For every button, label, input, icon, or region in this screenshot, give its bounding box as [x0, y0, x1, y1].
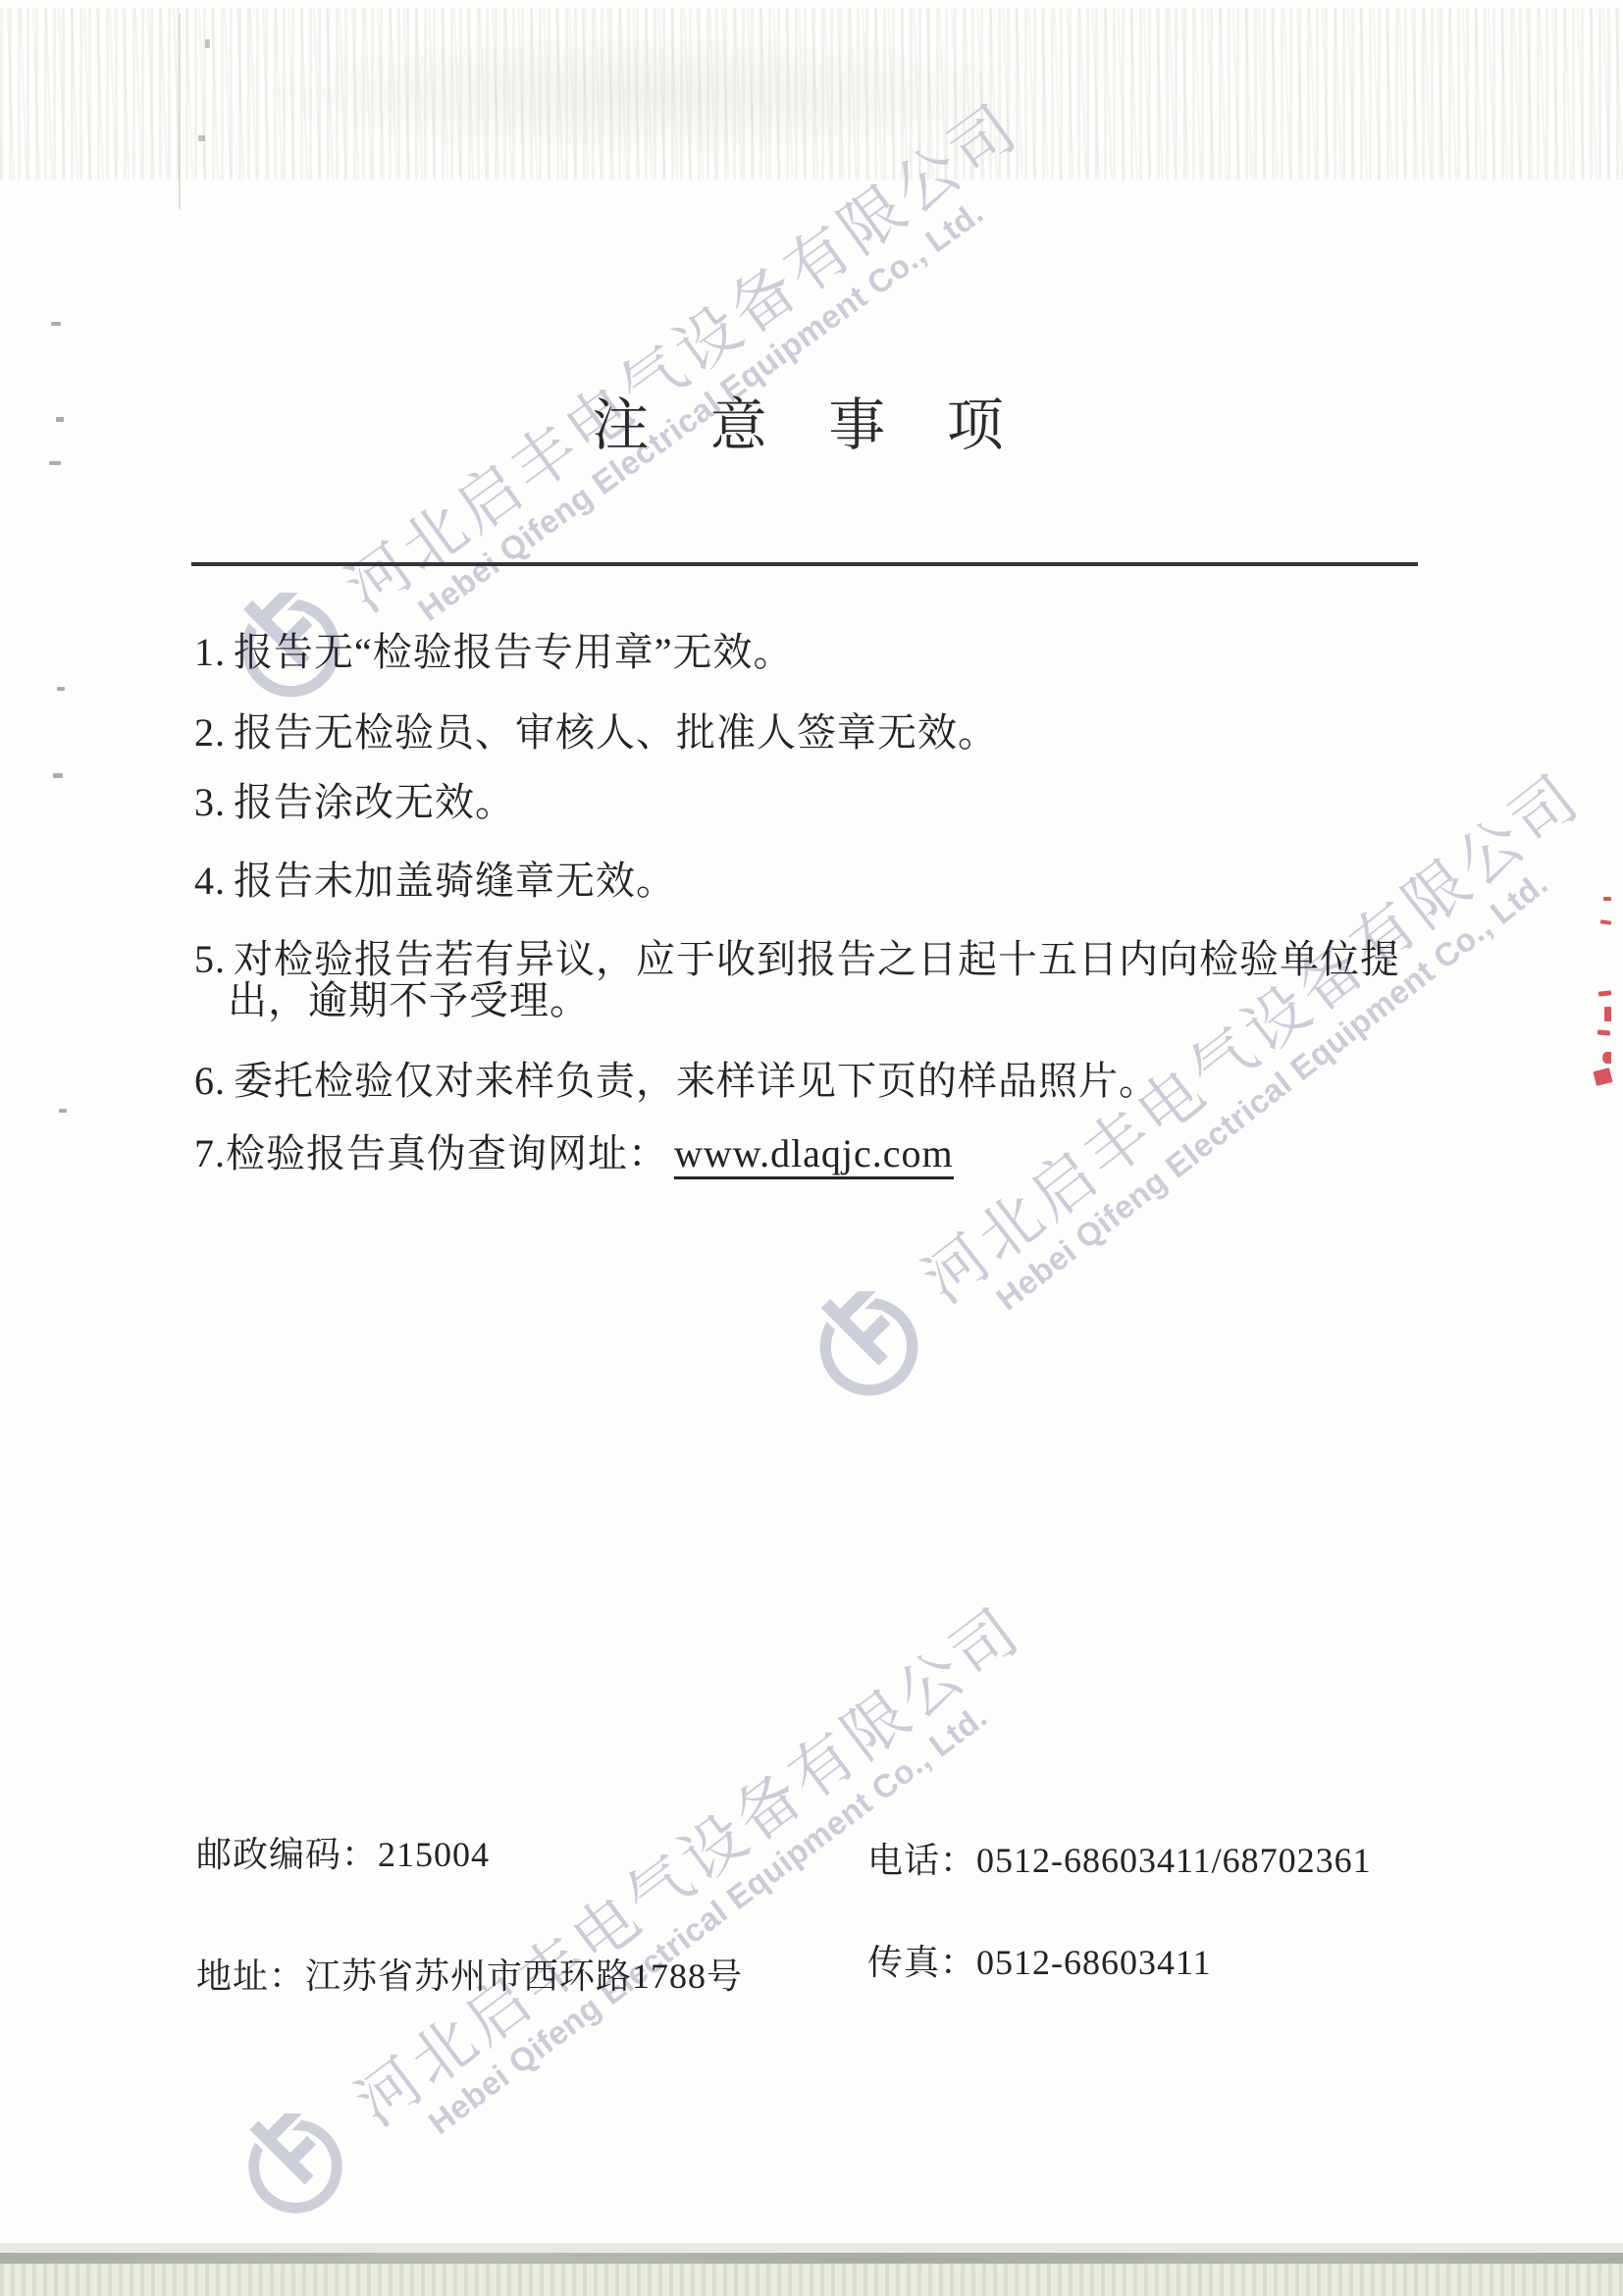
note-number: 7. — [194, 1131, 226, 1175]
fax-label: 传真： — [867, 1943, 976, 1982]
postal-code-line: 邮政编码：215004 — [196, 1827, 490, 1877]
red-seal-fragment — [1597, 1029, 1610, 1035]
phone-line: 电话：0512-68603411/68702361 — [867, 1833, 1372, 1883]
note-text: 检验报告真伪查询网址： — [226, 1131, 668, 1175]
postal-code-label: 邮政编码： — [196, 1835, 378, 1874]
phone-label: 电话： — [867, 1841, 976, 1880]
note-item-5-line2: 出，逾期不予受理。 — [228, 979, 590, 1022]
scan-speck — [53, 773, 63, 778]
note-text: 报告无“检验报告专用章”无效。 — [234, 630, 794, 674]
note-number: 4. — [194, 859, 226, 903]
title-divider — [191, 562, 1418, 566]
note-text: 报告涂改无效。 — [234, 780, 515, 824]
note-number: 5. — [194, 937, 226, 981]
note-text: 对检验报告若有异议，应于收到报告之日起十五日内向检验单位提 — [234, 937, 1400, 981]
phone-value: 0512-68603411/68702361 — [976, 1841, 1372, 1880]
scan-speck — [51, 322, 61, 326]
note-text: 报告未加盖骑缝章无效。 — [234, 859, 676, 903]
note-item-5-line1: 5.对检验报告若有异议，应于收到报告之日起十五日内向检验单位提 — [194, 938, 1400, 981]
scan-speck — [49, 461, 61, 465]
scan-speck — [59, 1109, 67, 1113]
company-logo-icon — [813, 1291, 924, 1402]
note-item-7: 7.检验报告真伪查询网址：www.dlaqjc.com — [194, 1132, 954, 1175]
note-item-2: 2.报告无检验员、审核人、批准人签章无效。 — [194, 711, 998, 755]
watermark-company-cn: 河北启丰电气设备有限公司 — [913, 763, 1593, 1314]
fax-value: 0512-68603411 — [976, 1943, 1212, 1982]
note-number: 6. — [194, 1059, 226, 1103]
watermark-company-en: Hebei Qifeng Electrical Equipment Co., L… — [386, 1650, 1057, 2169]
note-text: 出，逾期不予受理。 — [228, 978, 590, 1022]
red-seal-fragment — [1604, 1007, 1611, 1021]
watermark-text: 河北启丰电气设备有限公司 Hebei Qifeng Electrical Equ… — [913, 763, 1617, 1346]
red-seal-fragment — [1593, 1068, 1612, 1086]
scan-bottom-edge-light — [0, 2243, 1623, 2253]
address-line: 地址：江苏省苏州市西环路1788号 — [196, 1949, 743, 1999]
page-title: 注 意 事 项 — [0, 379, 1623, 461]
red-seal-fragment — [1602, 1052, 1611, 1064]
note-text: 报告无检验员、审核人、批准人签章无效。 — [234, 710, 998, 755]
note-item-3: 3.报告涂改无效。 — [194, 781, 515, 824]
scanned-report-notice-page: { "doc": { "title": "注 意 事 项", "notes": … — [0, 0, 1623, 2296]
scan-speck — [198, 135, 205, 141]
postal-code-value: 215004 — [378, 1835, 490, 1874]
scan-speck — [205, 39, 210, 48]
red-seal-fragment — [1600, 919, 1611, 924]
note-number: 1. — [194, 630, 226, 674]
note-item-1: 1.报告无“检验报告专用章”无效。 — [194, 631, 794, 674]
note-number: 3. — [194, 780, 226, 824]
scan-speck — [57, 687, 65, 691]
watermark-text: 河北启丰电气设备有限公司 Hebei Qifeng Electrical Equ… — [345, 1597, 1057, 2169]
note-text: 委托检验仅对来样负责，来样详见下页的样品照片。 — [234, 1059, 1159, 1103]
scan-fold-line — [179, 14, 181, 210]
scan-bottom-edge-line — [0, 2253, 1623, 2264]
note-item-6: 6.委托检验仅对来样负责，来样详见下页的样品照片。 — [194, 1060, 1159, 1103]
scan-speck — [56, 417, 64, 422]
red-seal-fragment — [1603, 897, 1611, 901]
address-value: 江苏省苏州市西环路1788号 — [305, 1957, 743, 1996]
red-seal-fragment — [1598, 990, 1611, 996]
note-number: 2. — [194, 710, 226, 755]
company-logo-icon — [242, 2113, 348, 2219]
address-label: 地址： — [196, 1957, 305, 1996]
verification-url: www.dlaqjc.com — [674, 1131, 954, 1179]
fax-line: 传真：0512-68603411 — [867, 1935, 1212, 1985]
scan-bottom-edge-texture — [0, 2264, 1623, 2296]
scan-noise-top — [0, 8, 1623, 180]
note-item-4: 4.报告未加盖骑缝章无效。 — [194, 860, 676, 903]
